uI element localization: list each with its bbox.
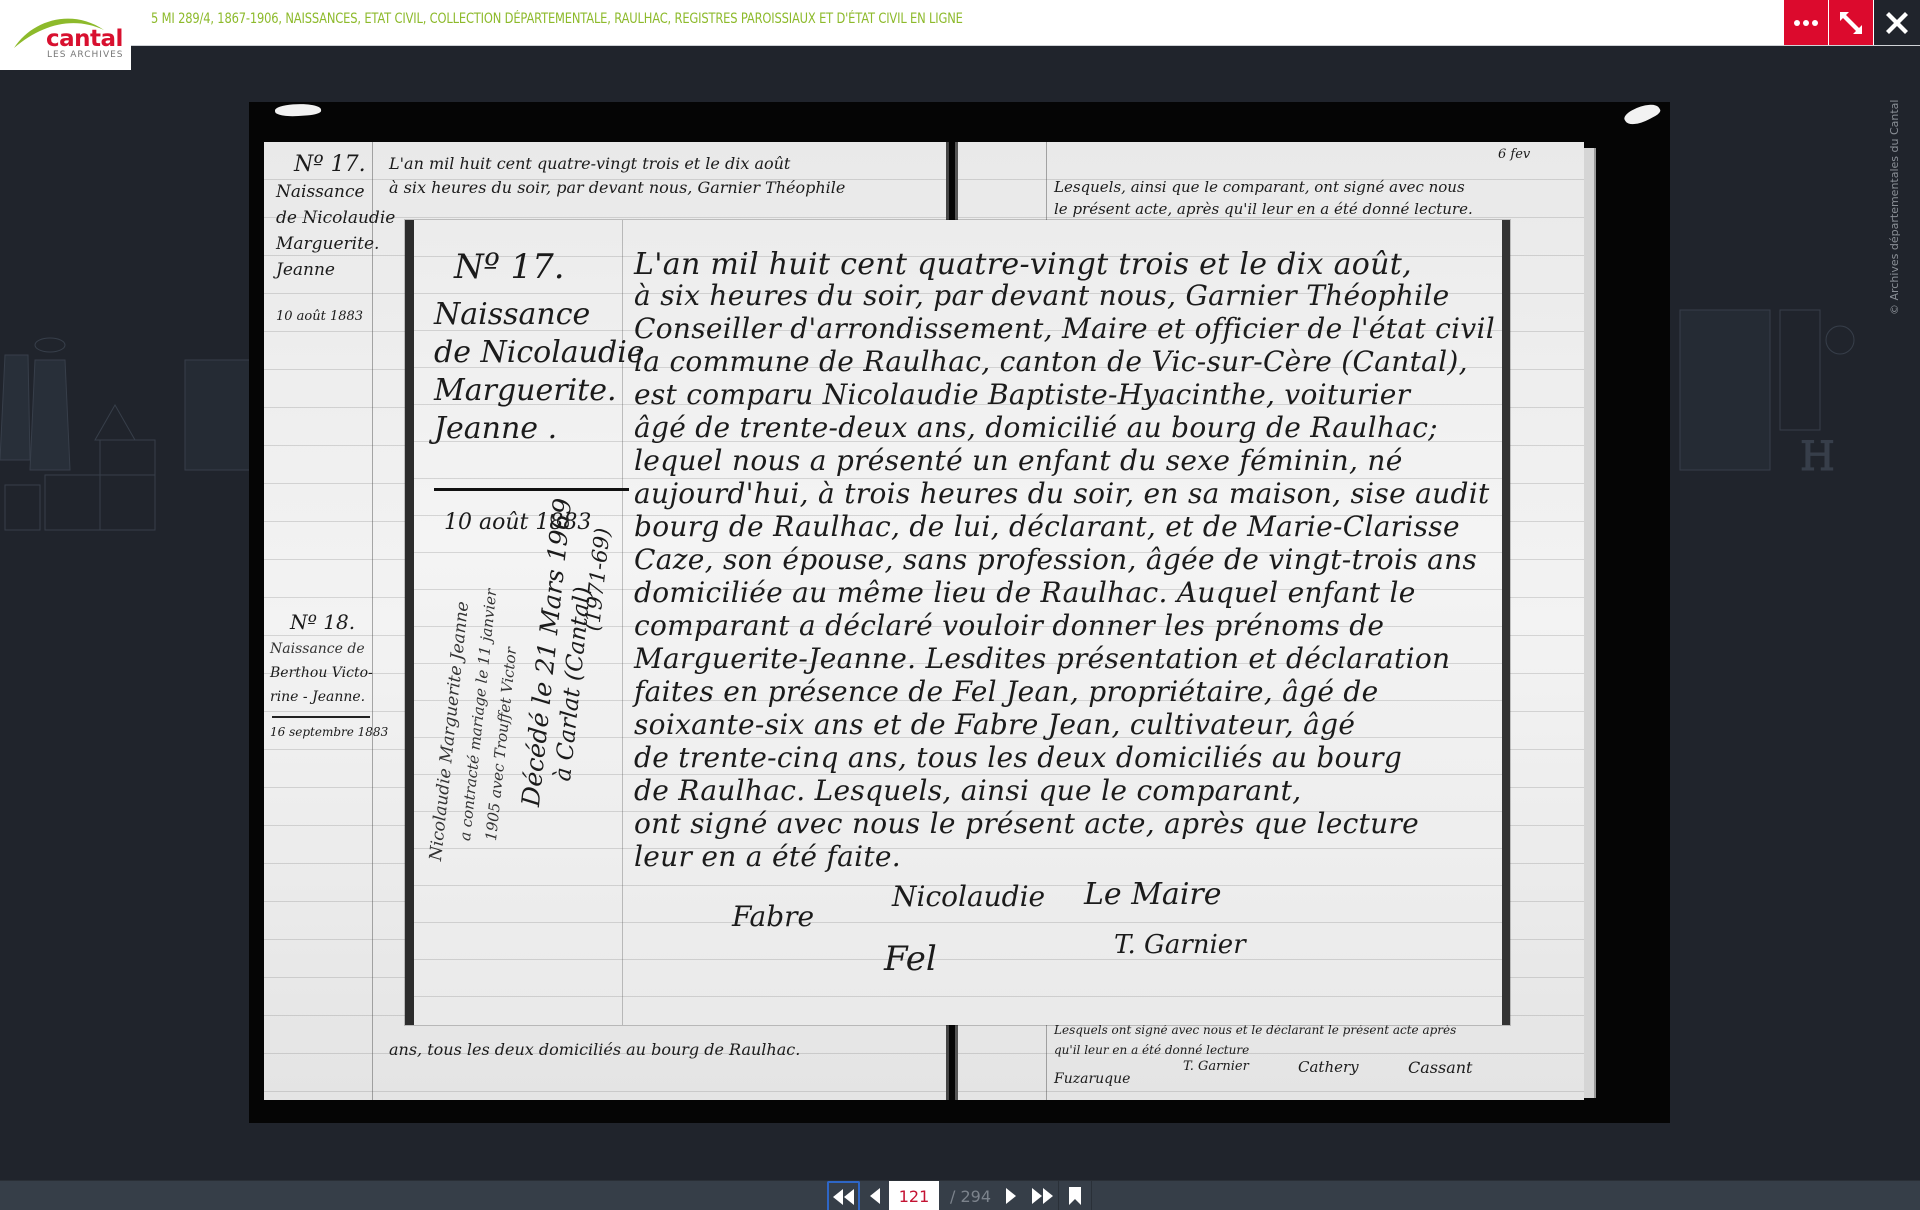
- double-chevron-right-icon: [1030, 1187, 1054, 1205]
- background-illustration-right: H: [1670, 280, 1870, 560]
- text-line: qu'il leur en a été donné lecture: [1054, 1044, 1249, 1056]
- act-text-line: Marguerite-Jeanne. Lesdites présentation…: [634, 645, 1450, 673]
- signature: Le Maire: [1084, 880, 1222, 910]
- text-line: le présent acte, après qu'il leur en a é…: [1054, 202, 1473, 217]
- background-illustration-left: [0, 300, 250, 560]
- act-text-line: de Raulhac. Lesquels, ainsi que le compa…: [634, 777, 1301, 805]
- close-x-icon: [1885, 11, 1909, 35]
- act-text-line: âgé de trente-deux ans, domicilié au bou…: [634, 414, 1438, 442]
- entry-title-line: de Nicolaudie: [276, 210, 395, 227]
- resize-button[interactable]: [1829, 0, 1873, 45]
- text-line: Lesquels ont signé avec nous et le décla…: [1054, 1024, 1456, 1036]
- divider: [1058, 1181, 1059, 1210]
- entry-title-line: Berthou Victo-: [270, 666, 373, 680]
- act-text-line: soixante-six ans et de Fabre Jean, culti…: [634, 711, 1355, 739]
- triangle-left-icon: [869, 1187, 881, 1205]
- act-text-line: Caze, son épouse, sans profession, âgée …: [634, 546, 1477, 574]
- act-text-line: la commune de Raulhac, canton de Vic-sur…: [634, 348, 1468, 376]
- text-line: à six heures du soir, par devant nous, G…: [389, 180, 845, 196]
- torn-paper-fragment: [1622, 102, 1661, 130]
- expand-arrows-icon: [1838, 10, 1864, 36]
- copyright-credit: © Archives départementales du Cantal: [1888, 100, 1901, 315]
- act-text-line: à six heures du soir, par devant nous, G…: [634, 282, 1449, 310]
- entry-date: 16 septembre 1883: [270, 726, 388, 738]
- divider: [1091, 1181, 1092, 1210]
- entry-title-line: rine - Jeanne.: [270, 690, 365, 704]
- logo-subtitle: LES ARCHIVES: [47, 50, 124, 60]
- text-line: ans, tous les deux domiciliés au bourg d…: [389, 1042, 800, 1058]
- text-line: L'an mil huit cent quatre-vingt trois et…: [389, 156, 790, 172]
- page-number-input[interactable]: [889, 1181, 939, 1210]
- svg-text:H: H: [1800, 434, 1835, 480]
- double-chevron-left-icon: [832, 1188, 856, 1206]
- cantal-archives-logo[interactable]: cantal LES ARCHIVES: [0, 0, 131, 70]
- torn-paper-fragment: [275, 102, 322, 117]
- pagination-bar: / 294: [0, 1180, 1920, 1210]
- header-bar: cantal LES ARCHIVES 5 MI 289/4, 1867-190…: [0, 0, 1920, 46]
- logo-wordmark: cantal: [46, 26, 123, 52]
- ellipsis-icon: [1794, 20, 1818, 26]
- bookmark-button[interactable]: [1060, 1181, 1090, 1210]
- next-page-button[interactable]: [999, 1181, 1023, 1210]
- signature: T. Garnier: [1183, 1060, 1249, 1073]
- signature: Fuzaruque: [1054, 1072, 1130, 1086]
- first-page-button[interactable]: [827, 1181, 860, 1210]
- entry-title-line: Jeanne: [276, 262, 335, 279]
- entry-date: 10 août 1883: [276, 310, 363, 323]
- corner-note: 6 fev: [1498, 148, 1530, 161]
- more-options-button[interactable]: [1784, 0, 1828, 45]
- signature: Fel: [884, 942, 937, 976]
- entry-title-line: Jeanne .: [434, 414, 557, 444]
- act-text-line: domiciliée au même lieu de Raulhac. Auqu…: [634, 579, 1416, 607]
- entry-title-line: Marguerite.: [434, 376, 617, 406]
- act-text-line: faites en présence de Fel Jean, propriét…: [634, 678, 1379, 706]
- act-text-line: L'an mil huit cent quatre-vingt trois et…: [634, 250, 1412, 280]
- signature: Cassant: [1408, 1060, 1472, 1076]
- close-button[interactable]: [1874, 0, 1920, 45]
- previous-page-button[interactable]: [861, 1181, 888, 1210]
- act-text-line: Conseiller d'arrondissement, Maire et of…: [634, 315, 1510, 343]
- entry-number: Nº 18.: [290, 612, 355, 632]
- entry-number: Nº 17.: [294, 154, 366, 176]
- magnified-detail-inset[interactable]: Nº 17. Naissance de Nicolaudie Marguerit…: [405, 220, 1510, 1025]
- last-page-button[interactable]: [1026, 1181, 1058, 1210]
- act-text-line: de trente-cinq ans, tous les deux domici…: [634, 744, 1402, 772]
- act-text-line: est comparu Nicolaudie Baptiste-Hyacinth…: [634, 381, 1410, 409]
- entry-title-line: de Nicolaudie: [434, 338, 645, 368]
- act-text-line: bourg de Raulhac, de lui, déclarant, et …: [634, 513, 1460, 541]
- entry-title-line: Naissance de: [270, 642, 365, 656]
- act-text-line: ont signé avec nous le présent acte, apr…: [634, 810, 1419, 838]
- document-title: 5 MI 289/4, 1867-1906, NAISSANCES, ETAT …: [151, 11, 963, 27]
- bookmark-icon: [1068, 1186, 1082, 1206]
- page-total-label: / 294: [950, 1187, 991, 1206]
- signature: T. Garnier: [1114, 932, 1246, 958]
- act-text-line: aujourd'hui, à trois heures du soir, en …: [634, 480, 1490, 508]
- signature: Cathery: [1298, 1060, 1359, 1075]
- entry-number: Nº 17.: [454, 250, 565, 284]
- text-line: Lesquels, ainsi que le comparant, ont si…: [1054, 180, 1465, 195]
- act-text-line: lequel nous a présenté un enfant du sexe…: [634, 447, 1403, 475]
- act-text-line: leur en a été faite.: [634, 843, 901, 871]
- signature: Nicolaudie: [892, 883, 1045, 911]
- entry-title-line: Naissance: [434, 300, 590, 330]
- entry-title-line: Naissance: [276, 184, 365, 201]
- act-text-line: comparant a déclaré vouloir donner les p…: [634, 612, 1384, 640]
- triangle-right-icon: [1005, 1187, 1017, 1205]
- entry-title-line: Marguerite.: [276, 236, 379, 253]
- signature: Fabre: [732, 903, 814, 931]
